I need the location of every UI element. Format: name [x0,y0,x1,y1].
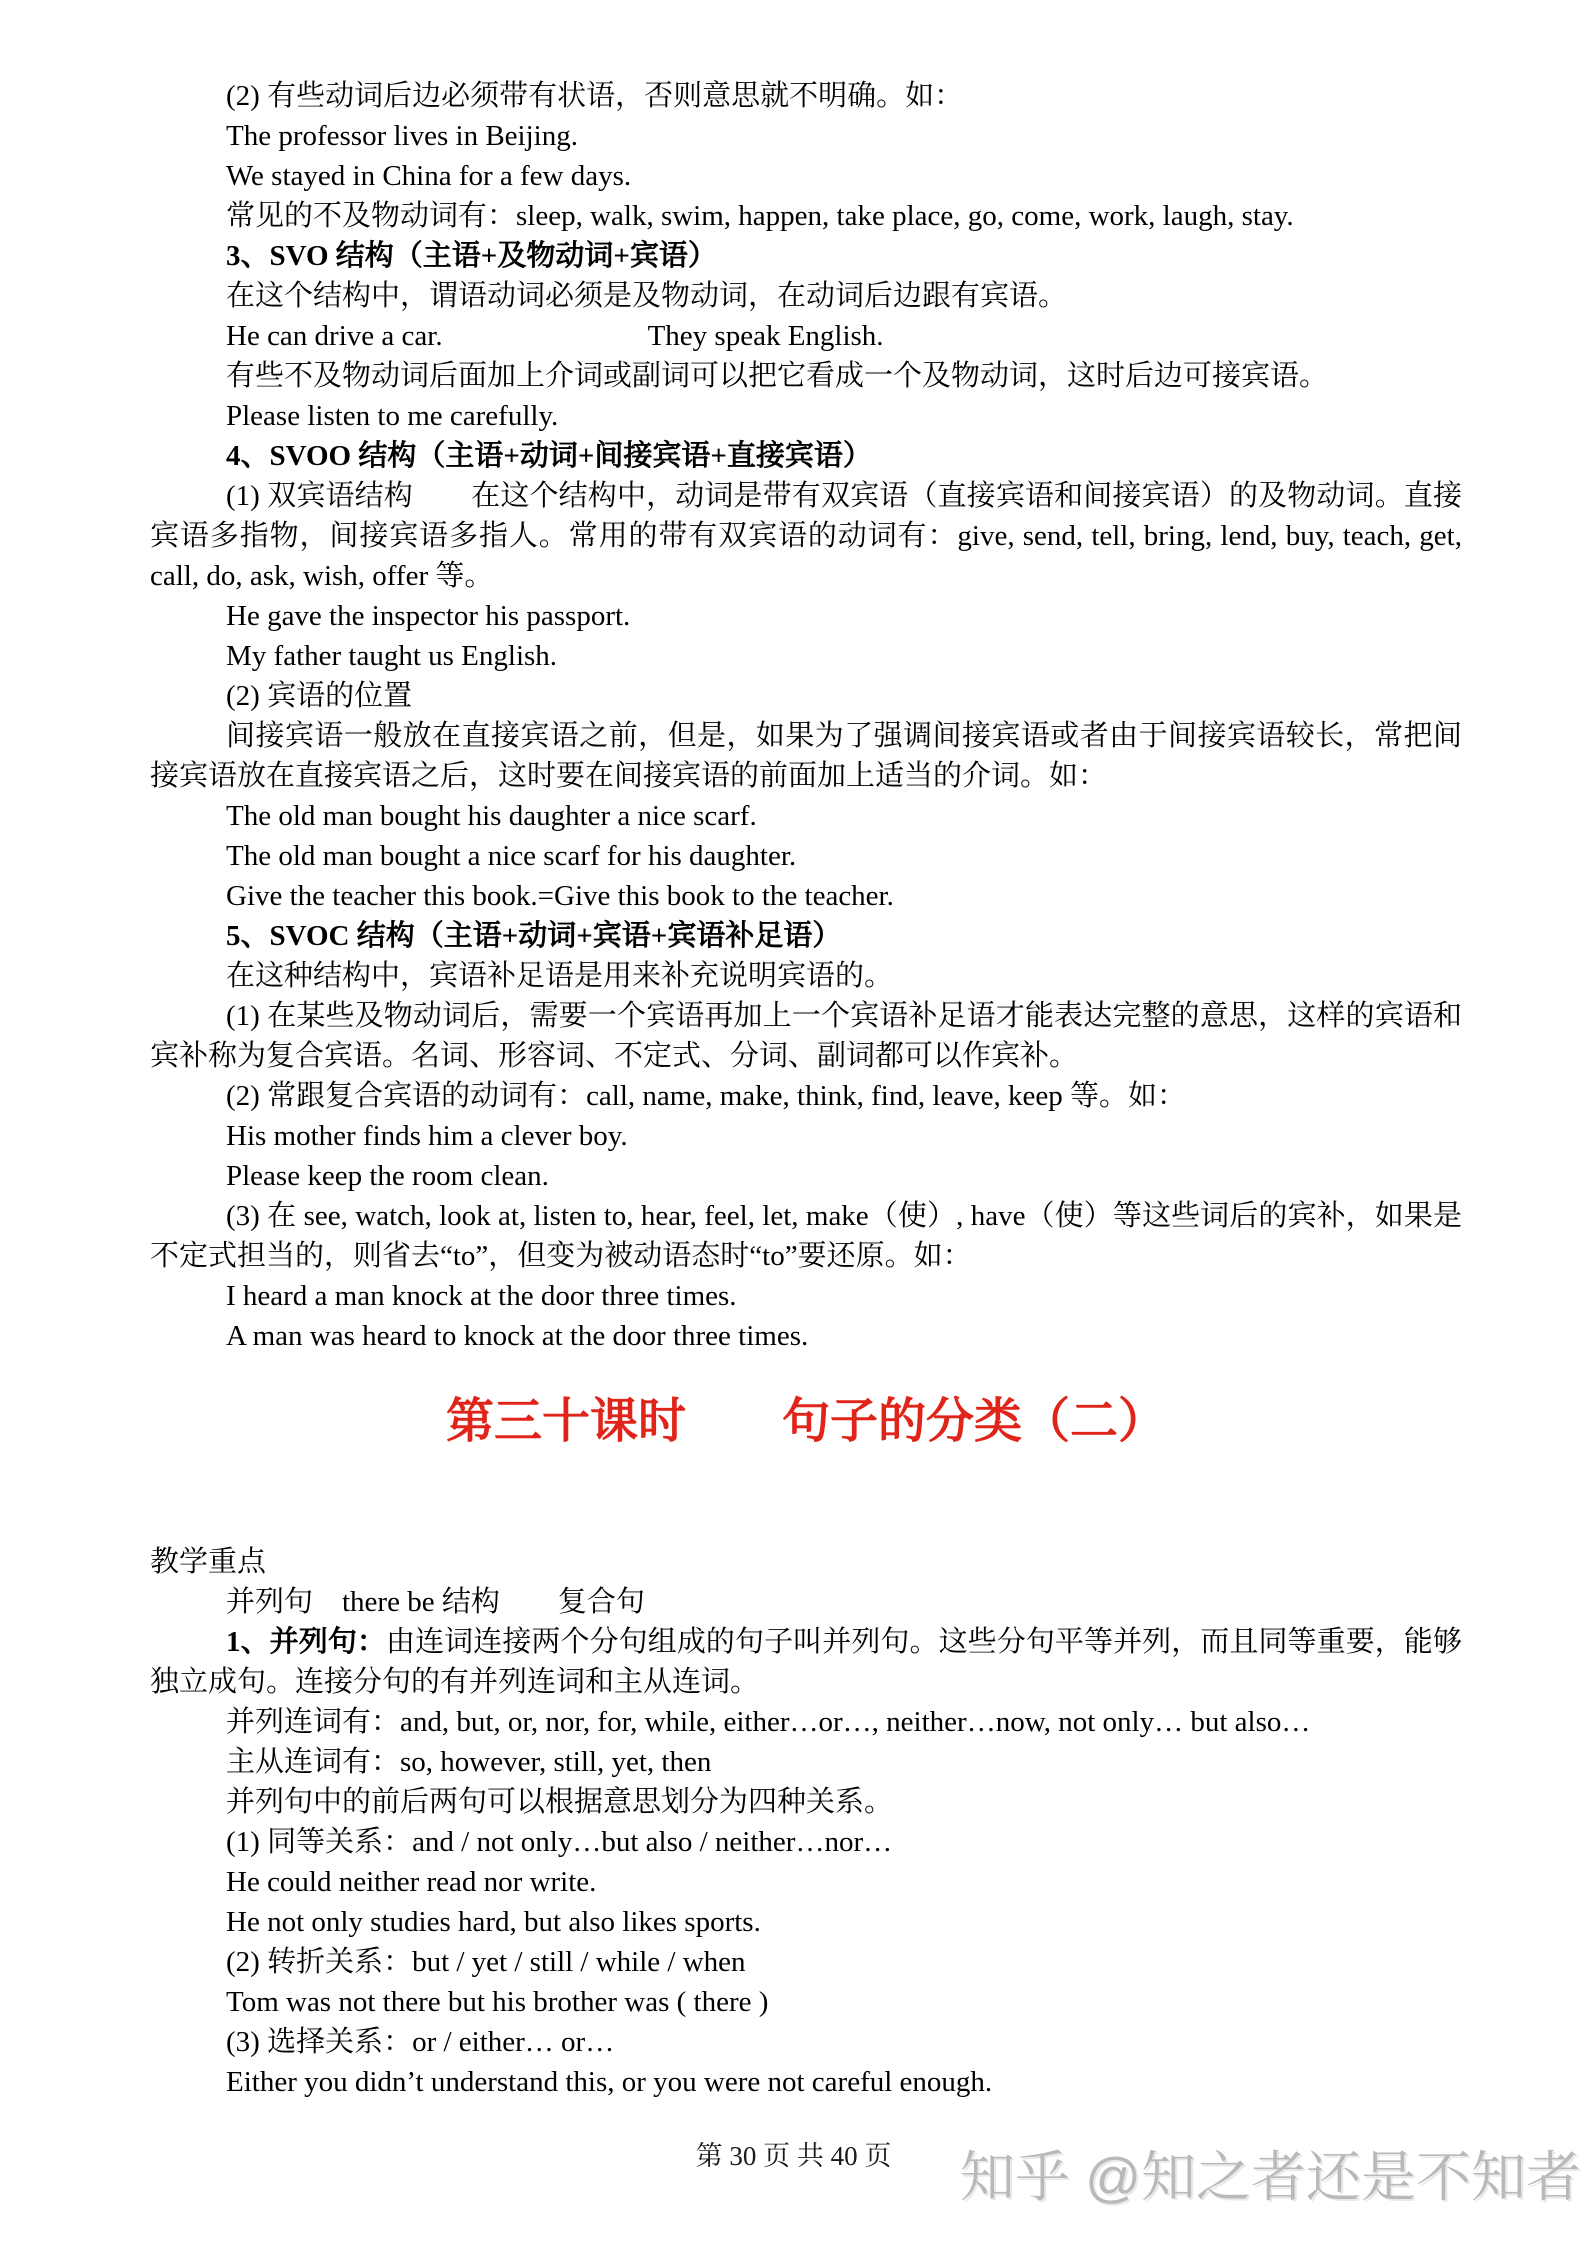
bold-lead: 1、并列句： [226,1626,386,1658]
example-sentence: I heard a man knock at the door three ti… [150,1276,1462,1316]
example-sentence: We stayed in China for a few days. [150,156,1462,196]
example-sentence: A man was heard to knock at the door thr… [150,1316,1462,1356]
example-sentence: Please keep the room clean. [150,1156,1462,1196]
paragraph-four-relations: 并列句中的前后两句可以根据意思划分为四种关系。 [150,1782,1462,1822]
example-sentence: My father taught us English. [150,636,1462,676]
structure-heading-svo: 3、SVO 结构（主语+及物动词+宾语） [150,236,1462,276]
document-body: (2) 有些动词后边必须带有状语，否则意思就不明确。如：The professo… [150,76,1462,2102]
paragraph-compound-sentence: 1、并列句：由连词连接两个分句组成的句子叫并列句。这些分句平等并列，而且同等重要… [150,1622,1462,1702]
paragraph-adversative-relation: (2) 转折关系：but / yet / still / while / whe… [150,1942,1462,1982]
paragraph-intransitive-verbs: 常见的不及物动词有：sleep, walk, swim, happen, tak… [150,196,1462,236]
structure-heading-svoc: 5、SVOC 结构（主语+动词+宾语+宾语补足语） [150,916,1462,956]
paragraph-indirect-object-rule: 间接宾语一般放在直接宾语之前，但是，如果为了强调间接宾语或者由于间接宾语较长，常… [150,716,1462,796]
teaching-points-heading: 教学重点 [150,1542,1462,1582]
paragraph-subordinating-conjunctions: 主从连词有：so, however, still, yet, then [150,1742,1462,1782]
watermark: 知乎 @知之者还是不知者 [960,2146,1581,2208]
page-number: 第 30 页 共 40 页 [696,2141,892,2171]
example-sentence: The old man bought a nice scarf for his … [150,836,1462,876]
example-sentence: He gave the inspector his passport. [150,596,1462,636]
paragraph-svo-explanation: 在这个结构中，谓语动词必须是及物动词，在动词后边跟有宾语。 [150,276,1462,316]
paragraph-complex-object-verbs: (2) 常跟复合宾语的动词有：call, name, make, think, … [150,1076,1462,1116]
paragraph-coordinating-conjunctions: 并列连词有：and, but, or, nor, for, while, eit… [150,1702,1462,1742]
example-sentence: He could neither read nor write. [150,1862,1462,1902]
example-sentence: Please listen to me carefully. [150,396,1462,436]
paragraph-equal-relation: (1) 同等关系：and / not only…but also / neith… [150,1822,1462,1862]
paragraph-topics: 并列句 there be 结构 复合句 [150,1582,1462,1622]
example-sentence: Give the teacher this book.=Give this bo… [150,876,1462,916]
paragraph-svoc-explanation: 在这种结构中，宾语补足语是用来补充说明宾语的。 [150,956,1462,996]
paragraph-double-object: (1) 双宾语结构 在这个结构中，动词是带有双宾语（直接宾语和间接宾语）的及物动… [150,476,1462,596]
example-right: They speak English. [648,320,884,352]
paragraph-complex-object: (1) 在某些及物动词后，需要一个宾语再加上一个宾语补足语才能表达完整的意思，这… [150,996,1462,1076]
example-sentence-pair: He can drive a car.They speak English. [150,316,1462,356]
paragraph-object-position: (2) 宾语的位置 [150,676,1462,716]
lesson-title: 第三十课时 句子的分类（二） [150,1390,1462,1454]
paragraph-alternative-relation: (3) 选择关系：or / either… or… [150,2022,1462,2062]
example-sentence: Tom was not there but his brother was ( … [150,1982,1462,2022]
example-sentence: His mother finds him a clever boy. [150,1116,1462,1156]
paragraph-bare-infinitive-rule: (3) 在 see, watch, look at, listen to, he… [150,1196,1462,1276]
example-sentence: He not only studies hard, but also likes… [150,1902,1462,1942]
paragraph-adverbial-rule: (2) 有些动词后边必须带有状语，否则意思就不明确。如： [150,76,1462,116]
structure-heading-svoo: 4、SVOO 结构（主语+动词+间接宾语+直接宾语） [150,436,1462,476]
example-sentence: The professor lives in Beijing. [150,116,1462,156]
paragraph-phrasal-verb-note: 有些不及物动词后面加上介词或副词可以把它看成一个及物动词，这时后边可接宾语。 [150,356,1462,396]
example-sentence: The old man bought his daughter a nice s… [150,796,1462,836]
example-sentence: Either you didn’t understand this, or yo… [150,2062,1462,2102]
example-left: He can drive a car. [226,320,443,352]
document-page: (2) 有些动词后边必须带有状语，否则意思就不明确。如：The professo… [0,0,1587,2245]
